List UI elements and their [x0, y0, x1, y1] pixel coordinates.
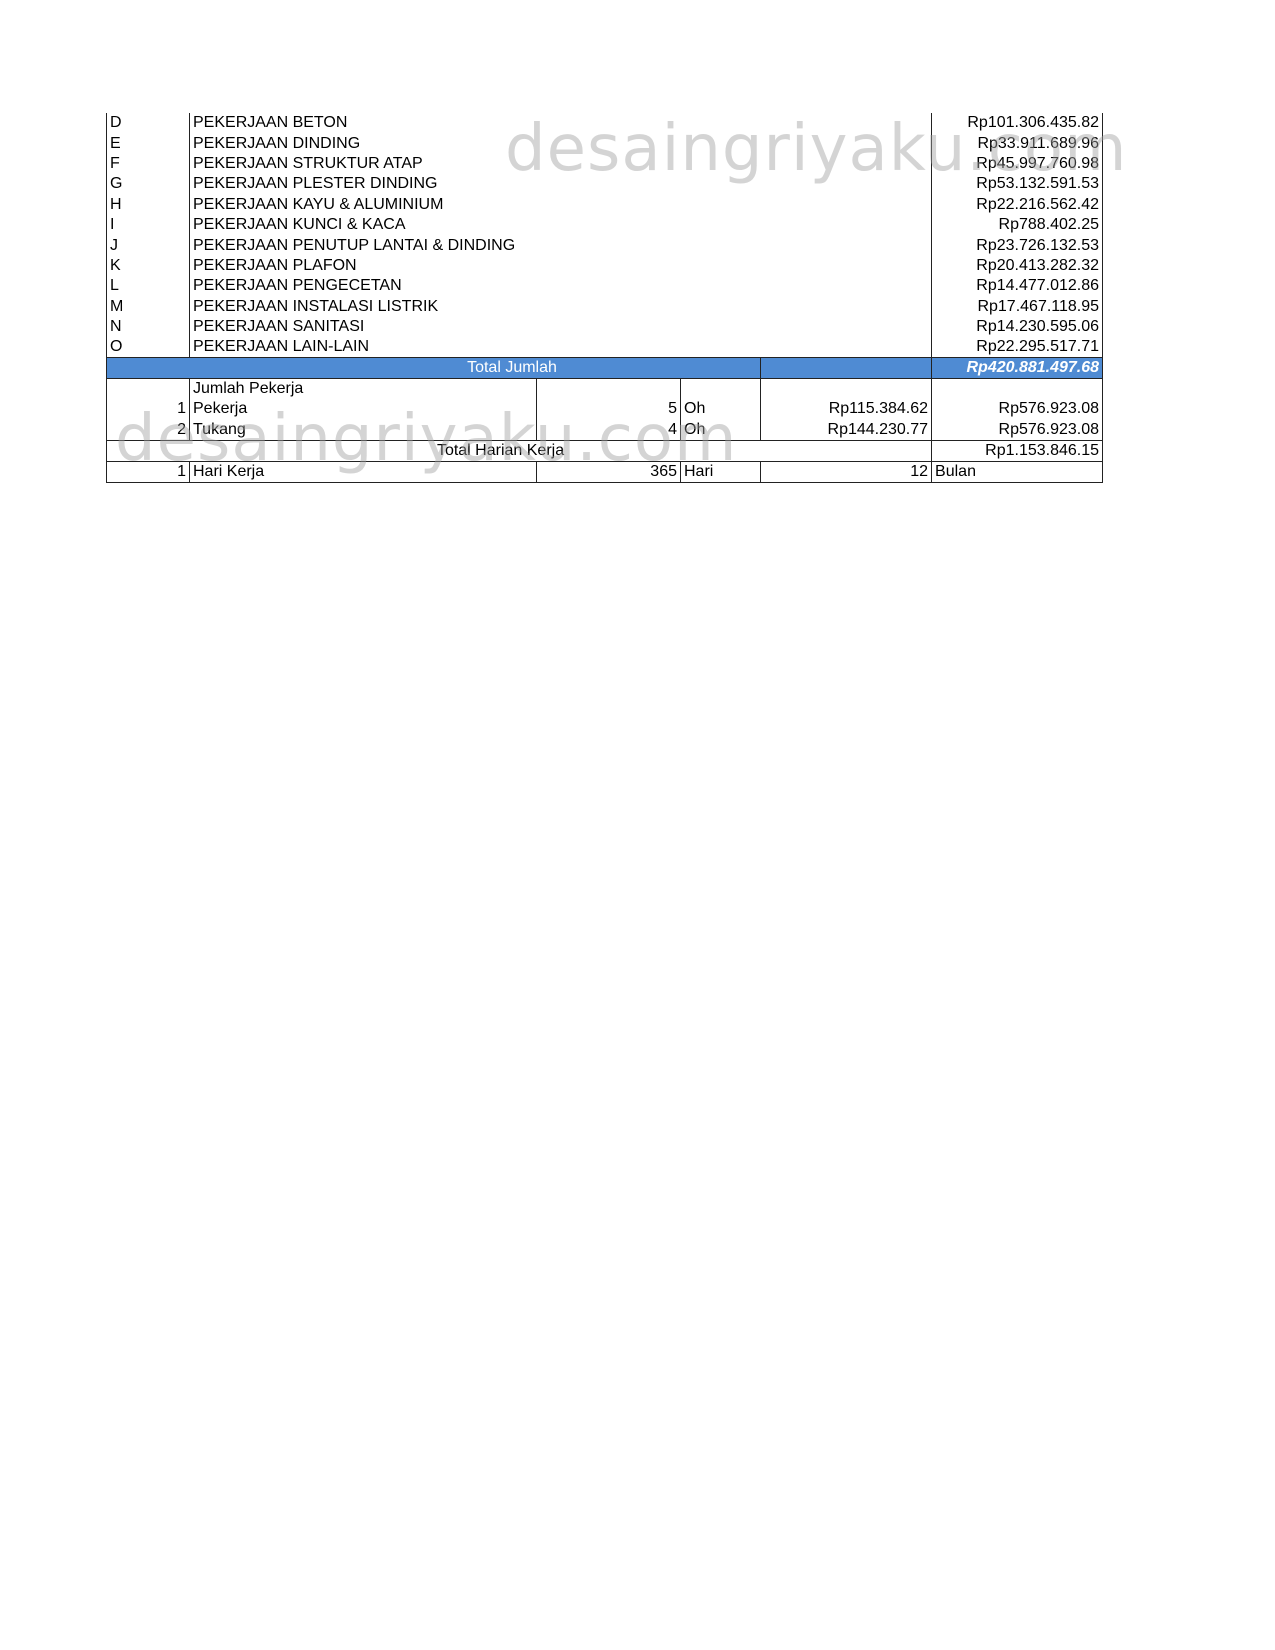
- item-code: H: [107, 195, 190, 215]
- worker-name: Tukang: [190, 420, 537, 441]
- table-row: E PEKERJAAN DINDING Rp33.911.689.96: [107, 133, 1103, 153]
- table-row: M PEKERJAAN INSTALASI LISTRIK Rp17.467.1…: [107, 297, 1103, 317]
- item-amount: Rp14.230.595.06: [932, 317, 1103, 337]
- item-amount: Rp20.413.282.32: [932, 256, 1103, 276]
- total-label: Total Jumlah: [107, 358, 761, 379]
- item-name: PEKERJAAN DINDING: [190, 133, 932, 153]
- table-row: I PEKERJAAN KUNCI & KACA Rp788.402.25: [107, 215, 1103, 235]
- workdays-months: 12: [761, 461, 932, 482]
- item-name: PEKERJAAN PLESTER DINDING: [190, 174, 932, 194]
- total-amount: Rp420.881.497.68: [932, 358, 1103, 379]
- item-code: K: [107, 256, 190, 276]
- worker-amount: Rp576.923.08: [932, 420, 1103, 441]
- table-row: 2 Tukang 4 Oh Rp144.230.77 Rp576.923.08: [107, 420, 1103, 441]
- workdays-days-unit: Hari: [681, 461, 761, 482]
- item-amount: Rp33.911.689.96: [932, 133, 1103, 153]
- table-row: K PEKERJAAN PLAFON Rp20.413.282.32: [107, 256, 1103, 276]
- workers-heading-row: Jumlah Pekerja: [107, 379, 1103, 400]
- workdays-name: Hari Kerja: [190, 461, 537, 482]
- table-row: H PEKERJAAN KAYU & ALUMINIUM Rp22.216.56…: [107, 195, 1103, 215]
- item-code: G: [107, 174, 190, 194]
- table-row: D PEKERJAAN BETON Rp101.306.435.82: [107, 113, 1103, 133]
- workdays-months-unit: Bulan: [932, 461, 1103, 482]
- item-name: PEKERJAAN SANITASI: [190, 317, 932, 337]
- item-amount: Rp45.997.760.98: [932, 154, 1103, 174]
- item-name: PEKERJAAN KUNCI & KACA: [190, 215, 932, 235]
- workers-heading: Jumlah Pekerja: [190, 379, 537, 400]
- item-amount: Rp14.477.012.86: [932, 276, 1103, 296]
- item-name: PEKERJAAN PENGECETAN: [190, 276, 932, 296]
- worker-qty: 4: [537, 420, 681, 441]
- table-row: L PEKERJAAN PENGECETAN Rp14.477.012.86: [107, 276, 1103, 296]
- item-name: PEKERJAAN PENUTUP LANTAI & DINDING: [190, 235, 932, 255]
- item-name: PEKERJAAN BETON: [190, 113, 932, 133]
- item-name: PEKERJAAN STRUKTUR ATAP: [190, 154, 932, 174]
- table-row: 1 Pekerja 5 Oh Rp115.384.62 Rp576.923.08: [107, 399, 1103, 419]
- item-code: N: [107, 317, 190, 337]
- total-row: Total Jumlah Rp420.881.497.68: [107, 358, 1103, 379]
- table-row: O PEKERJAAN LAIN-LAIN Rp22.295.517.71: [107, 337, 1103, 358]
- worker-amount: Rp576.923.08: [932, 399, 1103, 419]
- worker-no: 1: [107, 399, 190, 419]
- worker-no: 2: [107, 420, 190, 441]
- table-row: G PEKERJAAN PLESTER DINDING Rp53.132.591…: [107, 174, 1103, 194]
- item-amount: Rp22.295.517.71: [932, 337, 1103, 358]
- item-name: PEKERJAAN LAIN-LAIN: [190, 337, 932, 358]
- daily-total-amount: Rp1.153.846.15: [932, 440, 1103, 461]
- daily-total-label: Total Harian Kerja: [107, 440, 932, 461]
- worker-name: Pekerja: [190, 399, 537, 419]
- worker-qty: 5: [537, 399, 681, 419]
- item-rows: D PEKERJAAN BETON Rp101.306.435.82 E PEK…: [107, 113, 1103, 358]
- item-name: PEKERJAAN PLAFON: [190, 256, 932, 276]
- table-row: F PEKERJAAN STRUKTUR ATAP Rp45.997.760.9…: [107, 154, 1103, 174]
- worker-rate: Rp144.230.77: [761, 420, 932, 441]
- item-code: J: [107, 235, 190, 255]
- table-row: N PEKERJAAN SANITASI Rp14.230.595.06: [107, 317, 1103, 337]
- item-code: I: [107, 215, 190, 235]
- total-spacer: [761, 358, 932, 379]
- workdays-days: 365: [537, 461, 681, 482]
- item-name: PEKERJAAN KAYU & ALUMINIUM: [190, 195, 932, 215]
- item-code: L: [107, 276, 190, 296]
- workdays-no: 1: [107, 461, 190, 482]
- item-code: O: [107, 337, 190, 358]
- item-amount: Rp101.306.435.82: [932, 113, 1103, 133]
- workdays-row: 1 Hari Kerja 365 Hari 12 Bulan: [107, 461, 1103, 482]
- item-amount: Rp23.726.132.53: [932, 235, 1103, 255]
- cost-table: D PEKERJAAN BETON Rp101.306.435.82 E PEK…: [106, 113, 1103, 483]
- cost-summary-sheet: D PEKERJAAN BETON Rp101.306.435.82 E PEK…: [106, 113, 1102, 483]
- item-amount: Rp17.467.118.95: [932, 297, 1103, 317]
- worker-rate: Rp115.384.62: [761, 399, 932, 419]
- item-code: E: [107, 133, 190, 153]
- item-code: F: [107, 154, 190, 174]
- worker-unit: Oh: [681, 399, 761, 419]
- item-code: D: [107, 113, 190, 133]
- worker-unit: Oh: [681, 420, 761, 441]
- item-name: PEKERJAAN INSTALASI LISTRIK: [190, 297, 932, 317]
- table-row: J PEKERJAAN PENUTUP LANTAI & DINDING Rp2…: [107, 235, 1103, 255]
- item-amount: Rp53.132.591.53: [932, 174, 1103, 194]
- item-code: M: [107, 297, 190, 317]
- item-amount: Rp22.216.562.42: [932, 195, 1103, 215]
- daily-total-row: Total Harian Kerja Rp1.153.846.15: [107, 440, 1103, 461]
- item-amount: Rp788.402.25: [932, 215, 1103, 235]
